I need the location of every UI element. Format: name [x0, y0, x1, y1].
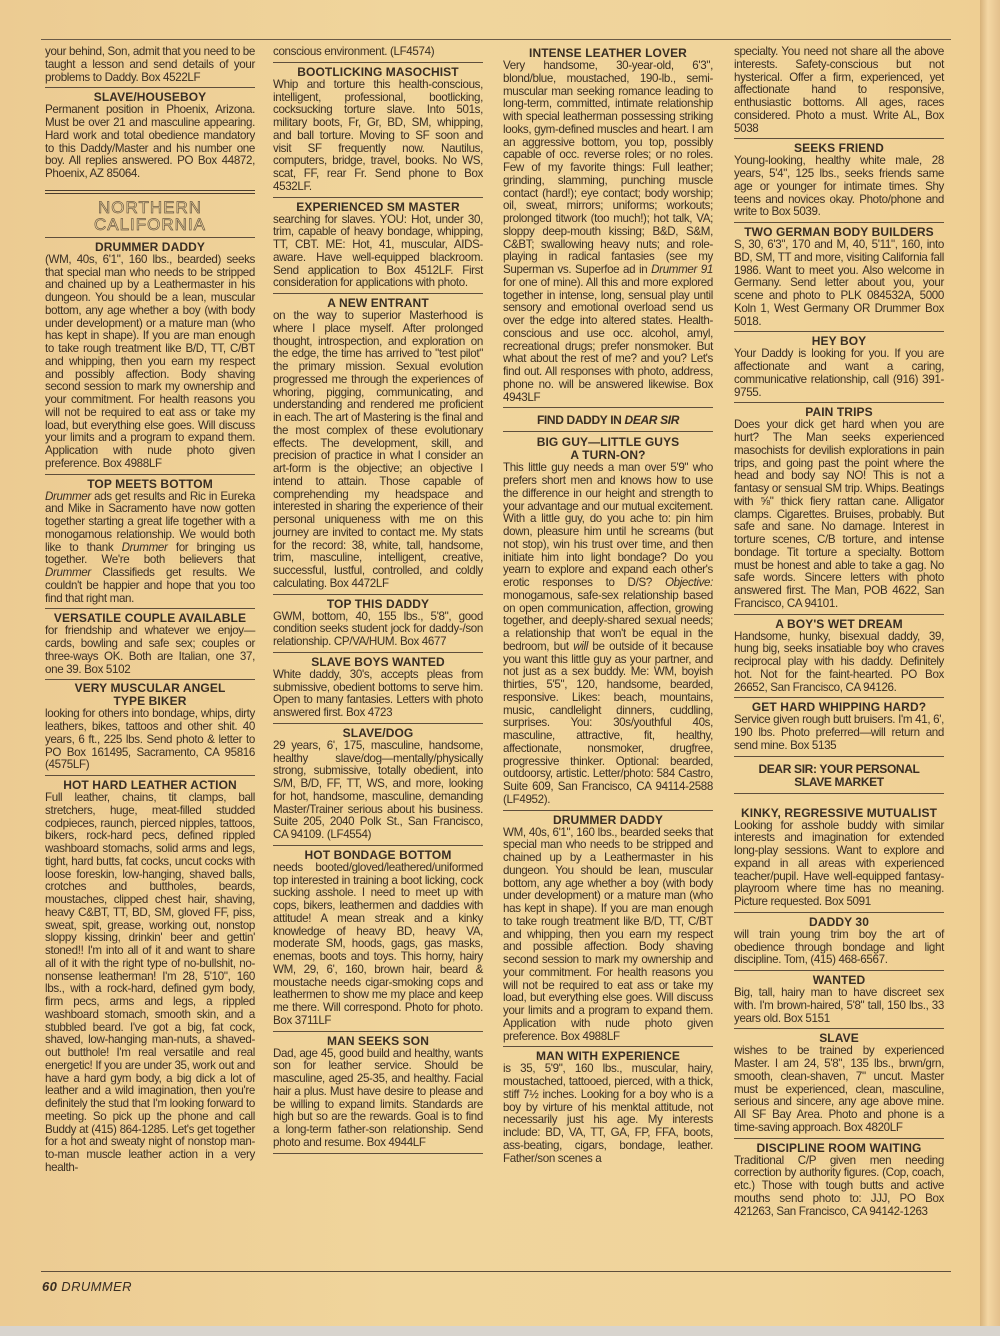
ad-body: Whip and torture this health-conscious, …	[273, 79, 483, 194]
ad-body: (WM, 40s, 6'1", 160 lbs., bearded) seeks…	[45, 254, 255, 471]
ad-body: specialty. You need not share all the ab…	[734, 46, 944, 135]
ad-title: TOP THIS DADDY	[273, 597, 483, 611]
ad-title: GET HARD WHIPPING HARD?	[734, 700, 944, 714]
ad-body: Dad, age 45, good build and healthy, wan…	[273, 1048, 483, 1150]
section-label-line: DEAR SIR: YOUR PERSONAL	[734, 763, 944, 776]
footer-rule	[41, 1271, 951, 1272]
ad-body: for friendship and whatever we enjoy—car…	[45, 625, 255, 676]
section-label-italic: DEAR SIR	[625, 413, 680, 427]
ad-title: KINKY, REGRESSIVE MUTUALIST	[734, 806, 944, 820]
ad-title: HOT HARD LEATHER ACTION	[45, 778, 255, 792]
ad-title: DADDY 30	[734, 915, 944, 929]
ad-title: SLAVE/HOUSEBOY	[45, 90, 255, 104]
classified-ad: TOP MEETS BOTTOM Drummer ads get results…	[45, 477, 255, 610]
ad-body: Permanent position in Phoenix, Arizona. …	[45, 104, 255, 181]
page-folio: 60 DRUMMER	[42, 1279, 132, 1294]
classified-ad: HOT BONDAGE BOTTOM needs booted/gloved/l…	[273, 848, 483, 1032]
ad-body-italic: Drummer	[122, 541, 168, 554]
column-2: conscious environment. (LF4574) BOOTLICK…	[273, 46, 483, 1156]
classified-ad: GET HARD WHIPPING HARD? Service given ro…	[734, 700, 944, 756]
section-heading-northern-california: NORTHERN CALIFORNIA	[45, 190, 255, 238]
classified-ad: BOOTLICKING MASOCHIST Whip and torture t…	[273, 65, 483, 198]
column-1: your behind, Son, admit that you need to…	[45, 46, 255, 1180]
ad-body: Service given rough butt bruisers. I'm 4…	[734, 714, 944, 752]
section-label-line: SLAVE MARKET	[734, 776, 944, 789]
classified-ad: TWO GERMAN BODY BUILDERS S, 30, 6'3", 17…	[734, 225, 944, 332]
ad-title: TWO GERMAN BODY BUILDERS	[734, 225, 944, 239]
ad-title: PAIN TRIPS	[734, 405, 944, 419]
page-number: 60	[42, 1279, 57, 1294]
ad-title: VERY MUSCULAR ANGEL TYPE BIKER	[45, 682, 255, 708]
classified-ad: VERSATILE COUPLE AVAILABLE for friendshi…	[45, 611, 255, 680]
ad-title: A NEW ENTRANT	[273, 296, 483, 310]
ad-title: WANTED	[734, 973, 944, 987]
ad-title: SLAVE	[734, 1031, 944, 1045]
classified-ad: INTENSE LEATHER LOVER Very handsome, 30-…	[503, 46, 713, 408]
classified-ad: TOP THIS DADDY GWM, bottom, 40, 155 lbs.…	[273, 597, 483, 653]
ad-body-text: for one of mine). All this and more expl…	[503, 276, 713, 404]
ad-body: S, 30, 6'3", 170 and M, 40, 5'11", 160, …	[734, 239, 944, 328]
ad-title: EXPERIENCED SM MASTER	[273, 200, 483, 214]
column-3: INTENSE LEATHER LOVER Very handsome, 30-…	[503, 46, 713, 1170]
section-heading-line: CALIFORNIA	[45, 216, 255, 233]
classified-ad: HOT HARD LEATHER ACTION Full leather, ch…	[45, 778, 255, 1178]
ad-body: Does your dick get hard when you are hur…	[734, 419, 944, 610]
classified-ad: DRUMMER DADDY WM, 40s, 6'1", 160 lbs., b…	[503, 813, 713, 1048]
classified-ad: SLAVE/DOG 29 years, 6', 175, masculine, …	[273, 726, 483, 846]
ad-body: wishes to be trained by experienced Mast…	[734, 1045, 944, 1134]
ad-body: Full leather, chains, tit clamps, ball s…	[45, 792, 255, 1175]
ad-body-italic: Drummer 91	[651, 263, 713, 276]
ad-body-italic: will	[573, 640, 588, 653]
classified-ad: A NEW ENTRANT on the way to superior Mas…	[273, 296, 483, 595]
classified-ad: SLAVE BOYS WANTED White daddy, 30's, acc…	[273, 655, 483, 724]
classified-ad: HEY BOY Your Daddy is looking for you. I…	[734, 334, 944, 403]
section-label-text: FIND DADDY IN	[537, 413, 625, 427]
ad-title: DRUMMER DADDY	[503, 813, 713, 827]
classified-ad: KINKY, REGRESSIVE MUTUALIST Looking for …	[734, 806, 944, 913]
ad-body: 29 years, 6', 175, masculine, handsome, …	[273, 740, 483, 842]
ad-title: MAN SEEKS SON	[273, 1034, 483, 1048]
classified-ad-continued: your behind, Son, admit that you need to…	[45, 46, 255, 88]
page-edge	[980, 0, 1000, 1336]
classified-ad: MAN SEEKS SON Dad, age 45, good build an…	[273, 1034, 483, 1154]
ad-body-italic: Objective:	[665, 576, 713, 589]
classified-ad: MAN WITH EXPERIENCE is 35, 5'9", 160 lbs…	[503, 1049, 713, 1168]
ad-body: is 35, 5'9", 160 lbs., muscular, hairy, …	[503, 1063, 713, 1165]
ad-title: A BOY'S WET DREAM	[734, 617, 944, 631]
ad-body-text: This little guy needs a man over 5'9" wh…	[503, 461, 713, 589]
ad-title: MAN WITH EXPERIENCE	[503, 1049, 713, 1063]
ad-body: White daddy, 30's, accepts pleas from su…	[273, 669, 483, 720]
ad-body: searching for slaves. YOU: Hot, under 30…	[273, 214, 483, 291]
ad-body: needs booted/gloved/leathered/uniformed …	[273, 862, 483, 1028]
ad-body: Very handsome, 30-year-old, 6'3", blond/…	[503, 60, 713, 404]
ad-body: Traditional C/P given men needing correc…	[734, 1155, 944, 1219]
ad-title: HOT BONDAGE BOTTOM	[273, 848, 483, 862]
ad-title: SLAVE BOYS WANTED	[273, 655, 483, 669]
top-rule	[41, 39, 951, 40]
classified-ad: SLAVE/HOUSEBOY Permanent position in Pho…	[45, 90, 255, 184]
section-label-slave-market: DEAR SIR: YOUR PERSONAL SLAVE MARKET	[734, 759, 944, 794]
page-footer	[41, 1271, 951, 1272]
ad-body: WM, 40s, 6'1", 160 lbs., bearded seeks t…	[503, 827, 713, 1044]
publication-name: DRUMMER	[61, 1279, 132, 1294]
section-label-find-daddy: FIND DADDY IN DEAR SIR	[503, 410, 713, 432]
ad-title: BOOTLICKING MASOCHIST	[273, 65, 483, 79]
ad-body: Drummer ads get results and Ric in Eurek…	[45, 491, 255, 606]
ad-title: VERSATILE COUPLE AVAILABLE	[45, 611, 255, 625]
classified-ad: DRUMMER DADDY (WM, 40s, 6'1", 160 lbs., …	[45, 240, 255, 475]
ad-body-italic: Drummer	[45, 490, 91, 503]
scan-bottom-edge	[0, 1326, 1000, 1336]
ad-body-text: be outside of it because you want this l…	[503, 640, 713, 806]
classified-ad: BIG GUY—LITTLE GUYS A TURN-ON? This litt…	[503, 436, 713, 810]
classified-ad: EXPERIENCED SM MASTER searching for slav…	[273, 200, 483, 295]
ad-body-text: Very handsome, 30-year-old, 6'3", blond/…	[503, 59, 713, 276]
ad-body-italic: Drummer	[45, 566, 91, 579]
classified-ad: SEEKS FRIEND Young-looking, healthy whit…	[734, 141, 944, 223]
ad-title: SEEKS FRIEND	[734, 141, 944, 155]
ad-body: Big, tall, hairy man to have discreet se…	[734, 987, 944, 1025]
ad-title: TOP MEETS BOTTOM	[45, 477, 255, 491]
classified-ad: DADDY 30 will train young trim boy the a…	[734, 915, 944, 971]
ad-body: will train young trim boy the art of obe…	[734, 929, 944, 967]
ad-title: SLAVE/DOG	[273, 726, 483, 740]
ad-body: Looking for asshole buddy with similar i…	[734, 820, 944, 909]
ad-body: looking for others into bondage, whips, …	[45, 708, 255, 772]
ad-title: DRUMMER DADDY	[45, 240, 255, 254]
classified-ad: DISCIPLINE ROOM WAITING Traditional C/P …	[734, 1141, 944, 1222]
classified-ad: PAIN TRIPS Does your dick get hard when …	[734, 405, 944, 614]
ad-body: Your Daddy is looking for you. If you ar…	[734, 348, 944, 399]
ad-body: your behind, Son, admit that you need to…	[45, 46, 255, 84]
classified-ad: A BOY'S WET DREAM Handsome, hunky, bisex…	[734, 617, 944, 699]
ad-body: conscious environment. (LF4574)	[273, 46, 483, 59]
column-4: specialty. You need not share all the ab…	[734, 46, 944, 1223]
classified-ad-continued: conscious environment. (LF4574)	[273, 46, 483, 63]
classified-ad: WANTED Big, tall, hairy man to have disc…	[734, 973, 944, 1029]
ad-body: Young-looking, healthy white male, 28 ye…	[734, 155, 944, 219]
classified-ad-continued: specialty. You need not share all the ab…	[734, 46, 944, 139]
section-heading-line: NORTHERN	[45, 199, 255, 216]
classified-ad: SLAVE wishes to be trained by experience…	[734, 1031, 944, 1138]
ad-body: This little guy needs a man over 5'9" wh…	[503, 462, 713, 806]
ad-title: BIG GUY—LITTLE GUYS A TURN-ON?	[503, 436, 713, 462]
classified-ad: VERY MUSCULAR ANGEL TYPE BIKER looking f…	[45, 682, 255, 776]
ad-title: HEY BOY	[734, 334, 944, 348]
ad-title: INTENSE LEATHER LOVER	[503, 46, 713, 60]
ad-body: GWM, bottom, 40, 155 lbs., 5'8", good co…	[273, 611, 483, 649]
ad-title: DISCIPLINE ROOM WAITING	[734, 1141, 944, 1155]
ad-body: Handsome, hunky, bisexual daddy, 39, hun…	[734, 631, 944, 695]
ad-body: on the way to superior Masterhood is whe…	[273, 310, 483, 591]
